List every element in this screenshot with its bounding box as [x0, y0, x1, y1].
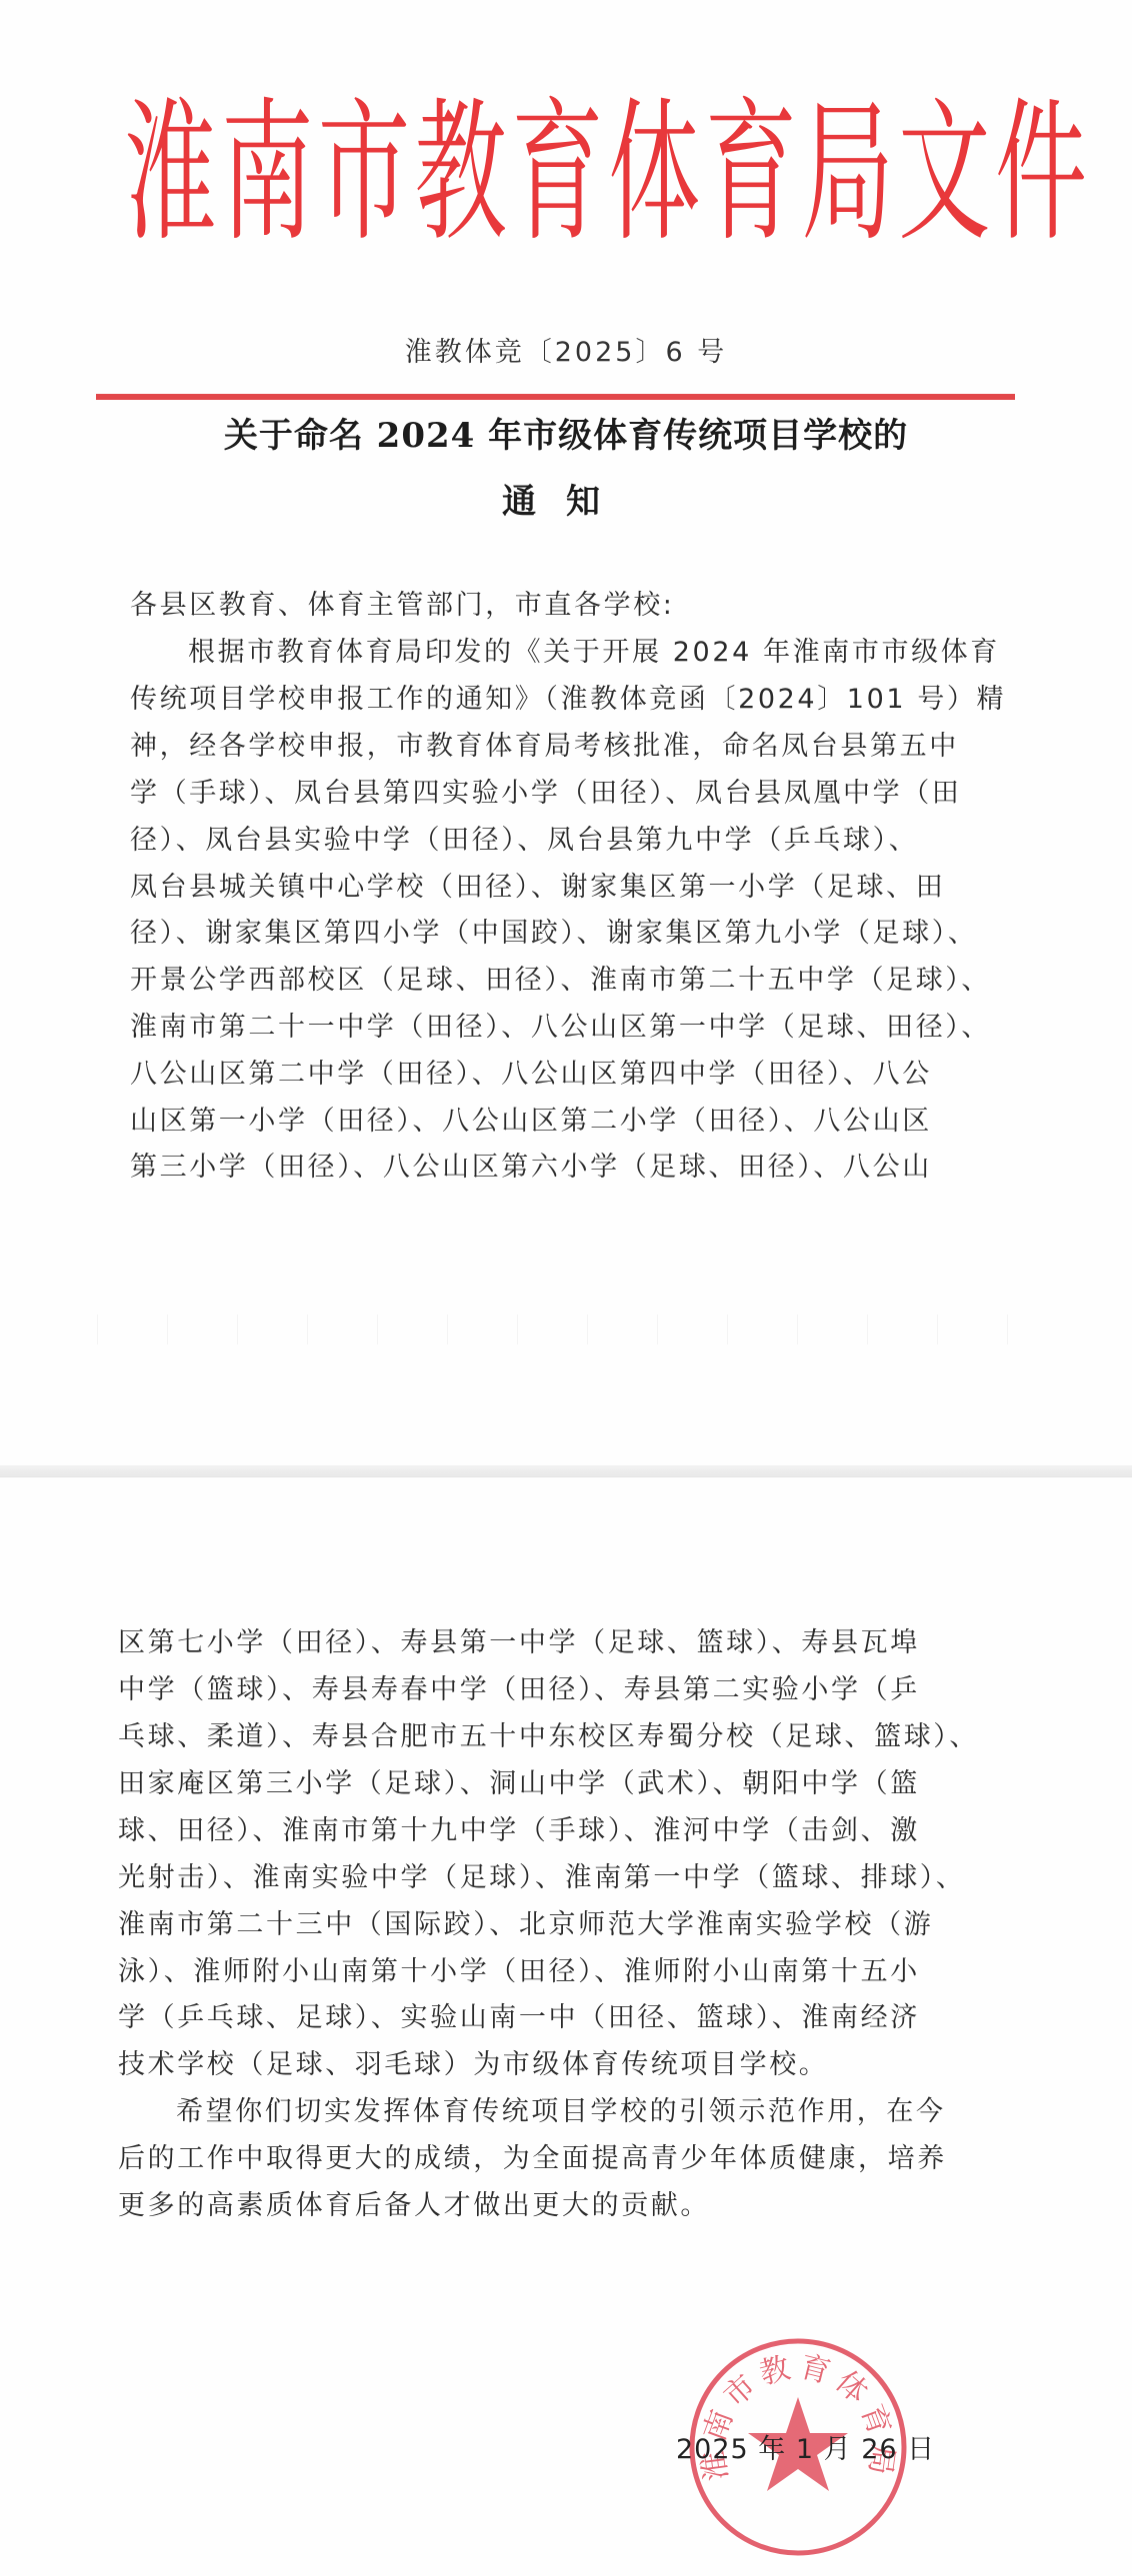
- body-line: 球、田径）、淮南市第十九中学（手球）、淮河中学（击剑、激: [118, 1815, 920, 1847]
- red-divider-rule: [96, 394, 1015, 400]
- body-line: 径）、凤台县实验中学（田径）、凤台县第九中学（乒乓球）、: [130, 825, 918, 857]
- body-line: 田家庵区第三小学（足球）、洞山中学（武术）、朝阳中学（篮: [118, 1768, 920, 1800]
- document-masthead: 淮南市教育体育局文件: [125, 62, 1008, 283]
- document-page-1: 淮南市教育体育局文件 淮教体竞〔2025〕6 号 关于命名 2024 年市级体育…: [0, 0, 1132, 1465]
- closing-paragraph-line: 希望你们切实发挥体育传统项目学校的引领示范作用，在今: [118, 2096, 946, 2128]
- body-line: 中学（篮球）、寿县寿春中学（田径）、寿县第二实验小学（乒: [118, 1674, 920, 1706]
- body-line: 山区第一小学（田径）、八公山区第二小学（田径）、八公山区: [130, 1106, 932, 1138]
- body-line: 凤台县城关镇中心学校（田径）、谢家集区第一小学（足球、田: [130, 872, 945, 904]
- body-line: 第三小学（田径）、八公山区第六小学（足球、田径）、八公山: [130, 1152, 932, 1184]
- body-line: 传统项目学校申报工作的通知》（淮教体竞函〔2024〕101 号）精: [130, 684, 1006, 716]
- body-line: 径）、谢家集区第四小学（中国跤）、谢家集区第九小学（足球）、: [130, 918, 978, 950]
- body-line: 乓球、柔道）、寿县合肥市五十中东校区寿蜀分校（足球、篮球）、: [118, 1721, 979, 1753]
- body-line: 区第七小学（田径）、寿县第一中学（足球、篮球）、寿县瓦埠: [118, 1627, 920, 1659]
- body-line: 淮南市第二十三中（国际跤）、北京师范大学淮南实验学校（游: [118, 1909, 933, 1941]
- body-line: 神，经各学校申报，市教育体育局考核批准，命名凤台县第五中: [130, 731, 959, 763]
- body-line: 八公山区第二中学（田径）、八公山区第四中学（田径）、八公: [130, 1059, 932, 1091]
- body-line: 光射击）、淮南实验中学（足球）、淮南第一中学（篮球、排球）、: [118, 1862, 966, 1894]
- body-line: 学（乒乓球、足球）、实验山南一中（田径、篮球）、淮南经济: [118, 2002, 920, 2034]
- body-line: 学（手球）、凤台县第四实验小学（田径）、凤台县凤凰中学（田: [130, 778, 961, 810]
- closing-paragraph-line: 后的工作中取得更大的成绩，为全面提高青少年体质健康，培养: [118, 2143, 947, 2175]
- salutation-line: 各县区教育、体育主管部门，市直各学校:: [130, 590, 675, 622]
- document-title-line-2: 通知: [0, 474, 1132, 523]
- body-line: 根据市教育体育局印发的《关于开展 2024 年淮南市市级体育: [130, 637, 1000, 669]
- document-title-line-1: 关于命名 2024 年市级体育传统项目学校的: [0, 408, 1132, 457]
- body-line: 淮南市第二十一中学（田径）、八公山区第一中学（足球、田径）、: [130, 1012, 991, 1044]
- document-number: 淮教体竞〔2025〕6 号: [0, 330, 1132, 369]
- closing-paragraph-line: 更多的高素质体育后备人才做出更大的贡献。: [118, 2190, 710, 2222]
- issue-date: 2025 年 1 月 26 日: [676, 2427, 935, 2466]
- body-line: 开景公学西部校区（足球、田径）、淮南市第二十五中学（足球）、: [130, 965, 991, 997]
- body-line: 泳）、淮师附小山南第十小学（田径）、淮师附小山南第十五小: [118, 1956, 920, 1988]
- page-separator: [0, 1465, 1132, 1477]
- scan-artifact: [60, 1314, 1060, 1344]
- body-line: 技术学校（足球、羽毛球）为市级体育传统项目学校。: [118, 2049, 828, 2081]
